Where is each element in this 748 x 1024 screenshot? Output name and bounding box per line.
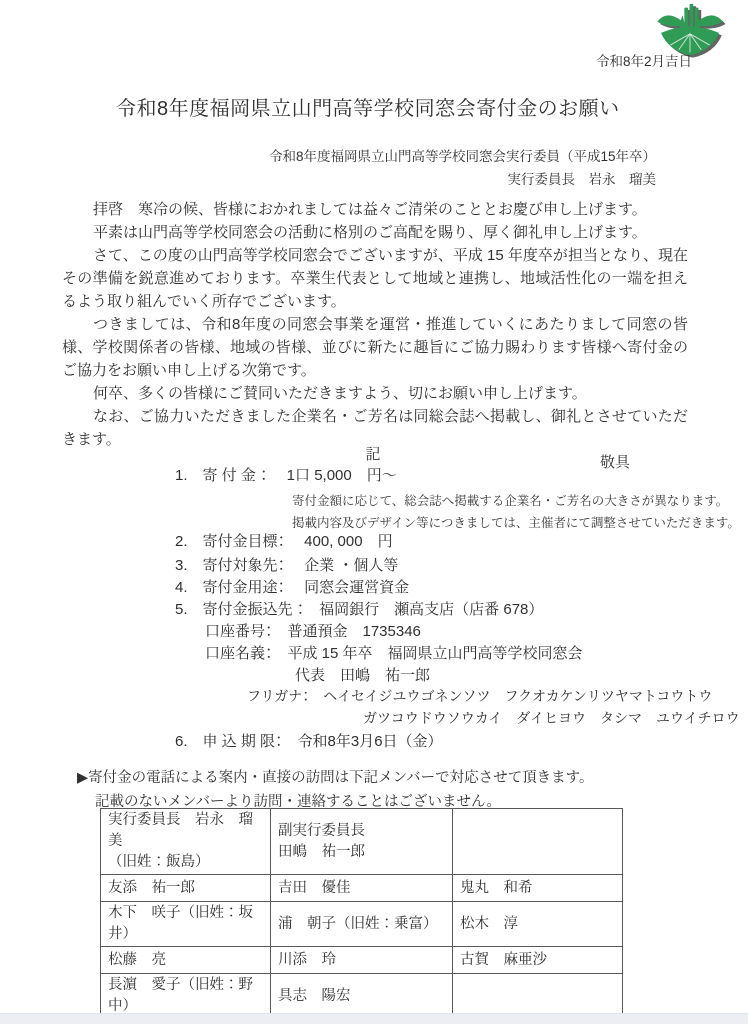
document-title: 令和8年度福岡県立山門高等学校同窓会寄付金のお願い [116,92,620,121]
member-cell: 古賀 麻亜沙 [453,947,623,974]
member-cell: 友添 祐一郎 [101,875,271,902]
detail-account-name: 口座名義： 平成 15 年卒 福岡県立山門高等学校同窓会 [205,642,583,663]
contact-notice-line1: ▶寄付金の電話による案内・直接の訪問は下記メンバーで対応させて頂きます。 [77,766,593,787]
members-table: 実行委員長 岩永 瑠美 （旧姓：飯島） 副実行委員長 田嶋 祐一郎 友添 祐一郎… [100,808,623,1019]
detail-item-usage: 4. 寄付金用途： 同窓会運営資金 [175,576,409,597]
member-cell [453,809,623,875]
detail-furigana-1: フリガナ： ヘイセイジユウゴネンソツ フクオカケンリツヤマトコウトウ [247,686,712,706]
table-row: 実行委員長 岩永 瑠美 （旧姓：飯島） 副実行委員長 田嶋 祐一郎 [101,809,623,875]
table-row: 長濵 愛子（旧姓：野中） 具志 陽宏 [101,974,623,1019]
document-page: 令和8年2月吉日 令和8年度福岡県立山門高等学校同窓会寄付金のお願い 令和8年度… [0,0,748,1024]
table-row: 木下 咲子（旧姓：坂井） 浦 朝子（旧姓：乗富） 松木 淳 [101,902,623,947]
member-cell: 吉田 優佳 [271,875,453,902]
member-cell [453,974,623,1019]
letter-paragraph: さて、この度の山門高等学校同窓会でございますが、平成 15 年度卒が担当となり、… [62,244,688,313]
table-row: 松藤 亮 川添 玲 古賀 麻亜沙 [101,947,623,974]
detail-note-1: 寄付金額に応じて、総会誌へ掲載する企業名・ご芳名の大きさが異なります。 [292,491,728,509]
sender-chairperson: 実行委員長 岩永 瑠美 [508,168,657,188]
letter-paragraph: 平素は山門高等学校同窓会の活動に格別のご高配を賜り、厚く御礼申し上げます。 [62,221,688,244]
letter-body: 拝啓 寒冷の候、皆様におかれましては益々ご清栄のこととお慶び申し上げます。 平素… [62,198,688,474]
member-cell: 木下 咲子（旧姓：坂井） [101,902,271,947]
letter-paragraph: つきましては、令和8年度の同窓会事業を運営・推進していくにあたりまして同窓の皆様… [62,313,688,382]
member-cell: 松木 淳 [453,902,623,947]
detail-furigana-2: ガツコウドウソウカイ ダイヒヨウ タシマ ユウイチロウ [363,708,740,728]
page-edge-strip [0,1013,748,1024]
detail-account-number: 口座番号： 普通預金 1735346 [205,620,421,641]
member-cell: 川添 玲 [271,947,453,974]
member-cell: 実行委員長 岩永 瑠美 （旧姓：飯島） [101,809,271,875]
detail-item-target: 3. 寄付対象先： 企業 ・個人等 [175,554,398,575]
detail-note-2: 掲載内容及びデザイン等につきましては、主催者にて調整させていただきます。 [292,513,740,531]
letter-paragraph: 拝啓 寒冷の候、皆様におかれましては益々ご清栄のこととお慶び申し上げます。 [62,198,688,221]
member-cell: 浦 朝子（旧姓：乗富） [271,902,453,947]
table-row: 友添 祐一郎 吉田 優佳 鬼丸 和希 [101,875,623,902]
detail-item-bank: 5. 寄付金振込先 ： 福岡銀行 瀬高支店（店番 678） [175,598,543,619]
sender-committee: 令和8年度福岡県立山門高等学校同窓会実行委員（平成15年卒） [269,145,656,165]
record-heading: 記 [0,443,748,464]
detail-item-goal: 2. 寄付金目標： 400, 000 円 [175,530,393,551]
detail-representative: 代表 田嶋 祐一郎 [295,664,430,685]
member-cell: 具志 陽宏 [271,974,453,1019]
letter-paragraph: 何卒、多くの皆様にご賛同いただきますよう、切にお願い申し上げます。 [62,382,688,405]
document-date: 令和8年2月吉日 [596,50,692,70]
member-cell: 鬼丸 和希 [453,875,623,902]
member-cell: 副実行委員長 田嶋 祐一郎 [271,809,453,875]
member-cell: 長濵 愛子（旧姓：野中） [101,974,271,1019]
member-cell: 松藤 亮 [101,947,271,974]
detail-item-deadline: 6. 申 込 期 限： 令和8年3月6日（金） [175,730,443,751]
detail-item-donation: 1. 寄 付 金 ： 1口 5,000 円～ [175,464,397,485]
